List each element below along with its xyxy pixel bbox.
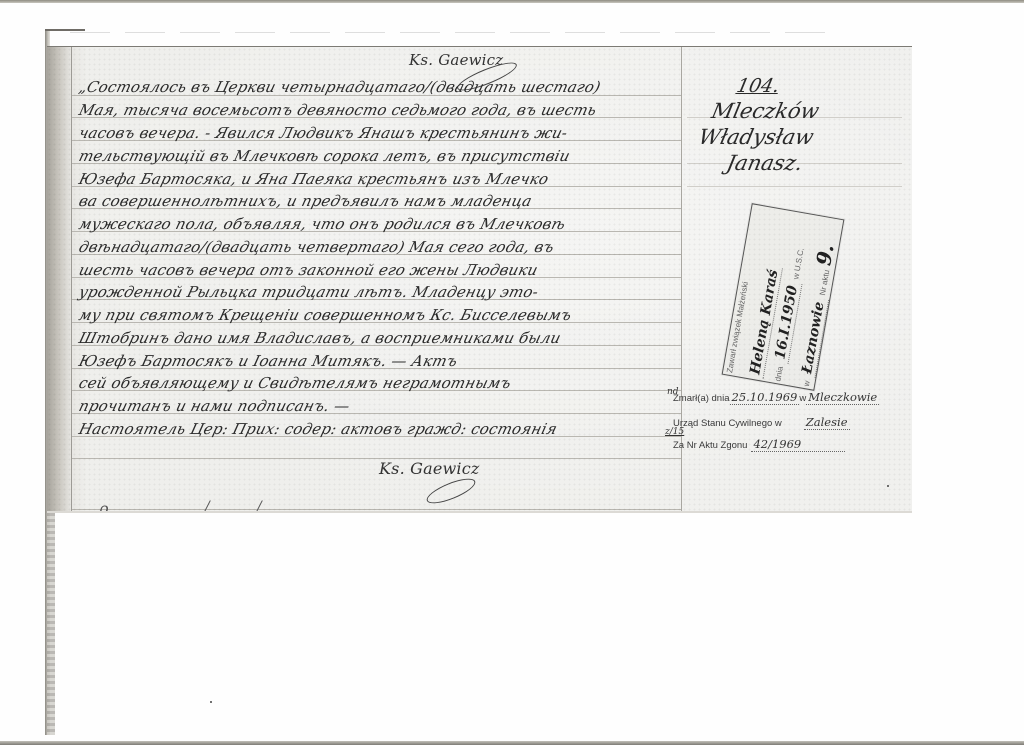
record-text-line: Юзефъ Бартосякъ и Іоанна Митякъ. — Актъ [77,352,459,370]
marriage-stamp: Zawarł związek Małżeński Heleną Karaś dn… [722,203,845,391]
stamp-act-label: Nr aktu [818,269,831,296]
record-text-line: му при святомъ Крещеніи совершенномъ Кс.… [77,306,574,324]
register-page-scan: Ks. Gaewicz „Состоялось въ Церкви четырн… [47,46,912,513]
signature-flourish [424,474,478,508]
record-text-line: двѣнадцатаго/(двадцать четвертаго) Мая с… [77,238,556,256]
lower-binding-shadow [47,513,55,735]
act-label: Za Nr Aktu Zgonu [673,440,747,451]
record-text-line: прочитанъ и нами подписанъ. — [77,397,352,415]
stamp-date-label: dnia [773,366,784,382]
ruled-line-right [687,186,902,187]
record-text-line: Штобринъ дано имя Владиславъ, а восприем… [77,329,563,347]
ruled-line [72,509,681,510]
scan-bottom-edge [47,511,912,513]
reference-mark: z/15 [665,427,684,437]
scan-bottom-border [0,741,1024,745]
death-place: Mleczkowie [806,390,879,405]
binding-top-line [45,29,85,31]
stamp-content: Zawarł związek Małżeński Heleną Karaś dn… [725,207,841,388]
scan-top-edge [0,0,1024,3]
ruled-line [72,458,681,459]
death-date-row: Zmarł(a) dnia 25.10.1969 w Mleczkowie [673,390,879,405]
stamp-printed-text: Zawarł związek Małżeński [725,281,750,374]
stamp-place: Łaznowie [799,298,829,379]
faint-bleed-rule [70,32,830,33]
record-text-line: Мая, тысяча восемьсотъ девяносто седьмог… [77,101,598,119]
stamp-act-number: 9. [811,242,838,267]
footer-signature: Ks. Gaewicz [379,459,480,478]
death-act-number: 42/1969 [751,437,845,452]
margin-village: Mleczków [709,99,821,123]
died-label: Zmarł(a) dnia [673,393,730,404]
record-text-line: „Состоялось въ Церкви четырнадцатаго/(дв… [77,78,602,96]
record-text-line: ва совершеннолѣтнихъ, и предъявилъ намъ … [77,192,534,210]
scan-speck [887,485,889,487]
record-text-line: урожденной Рыльцкa тридцати лѣтъ. Младен… [77,283,540,301]
scan-speck [210,701,212,703]
died-in-label: w [799,393,806,404]
margin-surname: Janasz. [724,151,805,175]
scanned-page: Ks. Gaewicz „Состоялось въ Церкви четырн… [0,0,1024,745]
stamp-usc-label: w U.S.C. [791,247,805,280]
record-text-line: Юзефа Бартосяка, и Яна Паеяка крестьянъ … [77,170,551,188]
record-text-line: Настоятель Цер: Прих: содер: актовъ граж… [77,420,559,438]
act-number-row: Za Nr Aktu Zgonu 42/1969 [673,437,845,452]
record-text-line: тельствующій въ Млечковѣ сорока летъ, въ… [77,147,572,165]
office-label: Urząd Stanu Cywilnego w [673,418,782,429]
office-place: Zalesie [804,415,850,430]
record-number: 104. [735,75,782,97]
margin-given-name: Władysław [696,125,815,149]
record-text-line: часовъ вечера. - Явился Людвикъ Янашъ кр… [77,124,570,142]
record-text-line: сей объявляющему и Свидѣтелямъ неграмотн… [77,374,513,392]
record-text-line: мужескаго пола, объявляя, что онъ родилс… [77,215,567,233]
stamp-place-label: w [802,380,812,387]
death-date: 25.10.1969 [730,390,800,405]
office-row: Urząd Stanu Cywilnego w Zalesie [673,415,850,430]
record-text-line: шесть часовъ вечера отъ законной его жен… [77,261,540,279]
